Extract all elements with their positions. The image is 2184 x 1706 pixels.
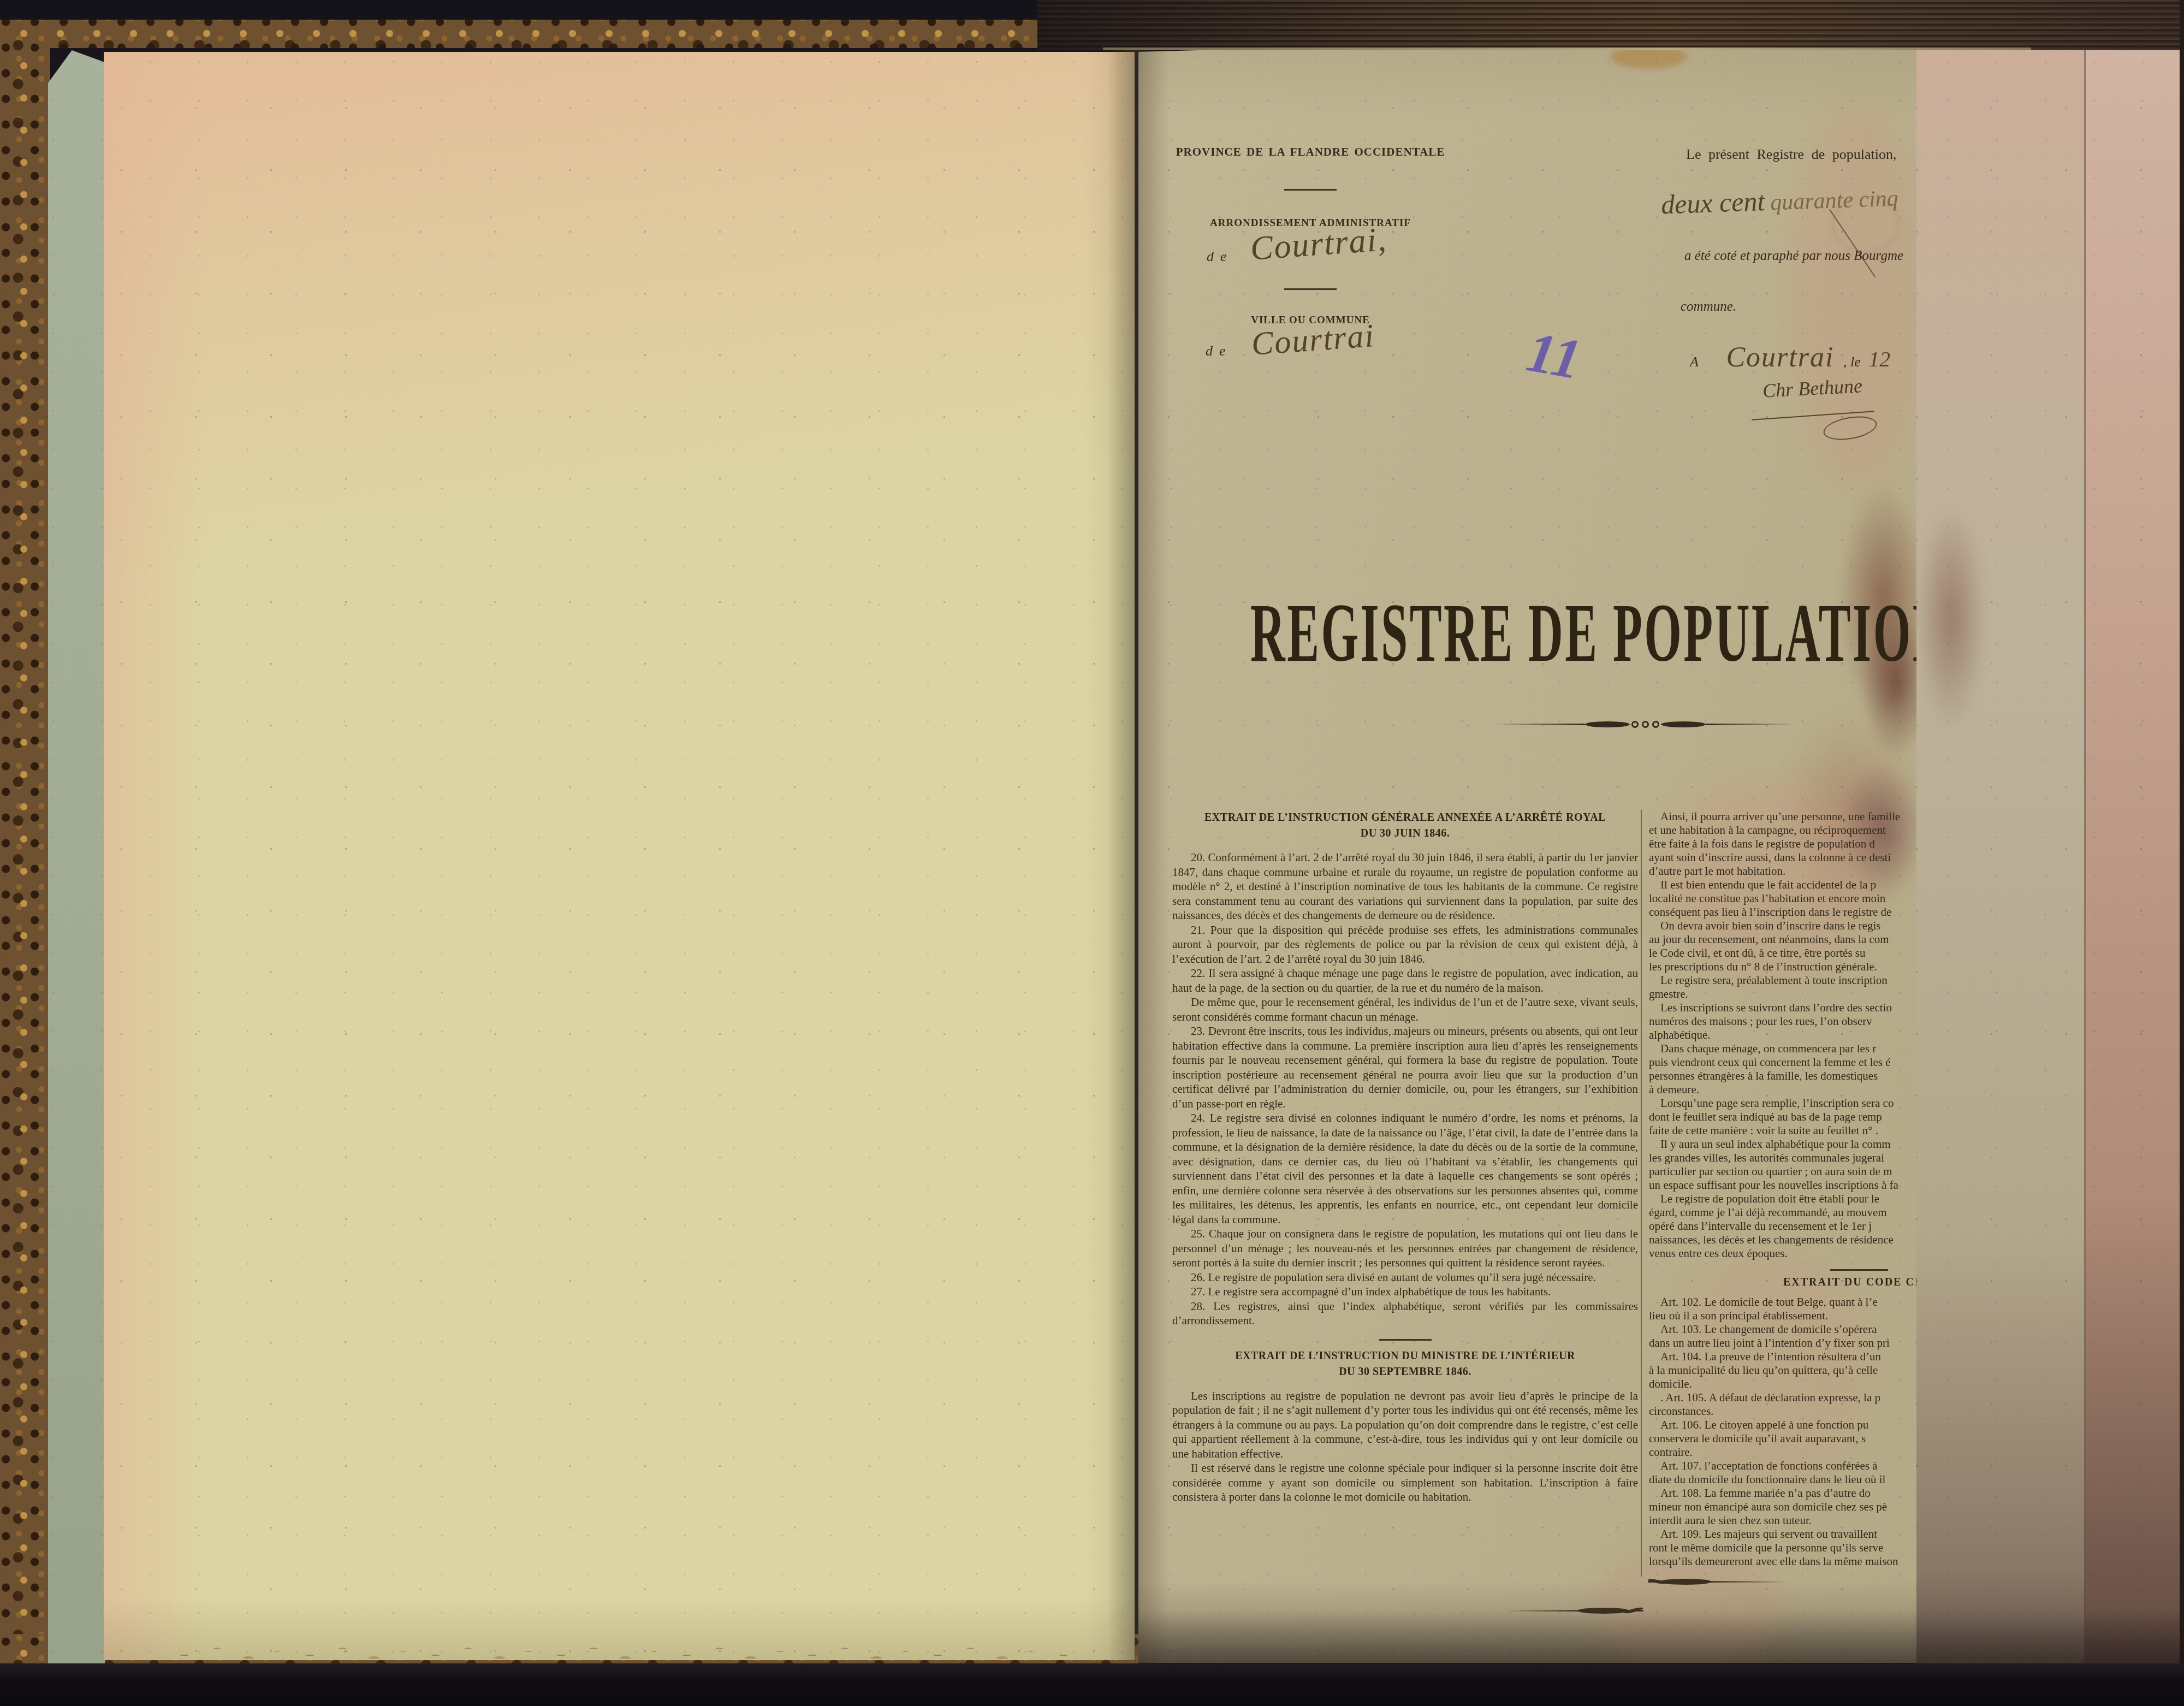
date-label: , le [1843,354,1861,370]
place-handwritten: Courtrai [1726,342,1834,373]
instruction-paragraph: 25. Chaque jour on consignera dans le re… [1172,1227,1638,1270]
instruction-paragraph: 23. Devront être inscrits, tous les indi… [1172,1024,1638,1111]
clipped-text-line: Art. 104. La preuve de l’intention résul… [1649,1350,1916,1364]
date-day-handwritten: 12 [1868,347,1890,371]
page-count-handwritten: deux cent quarante cinq [1660,180,1898,220]
clipped-text-line: à la municipalité du lieu qu’on quittera… [1649,1364,1916,1377]
clipped-text-line: domicile. [1649,1377,1916,1391]
clipped-text-line: gmestre. [1649,987,1916,1001]
clipped-text-line: Art. 102. Le domicile de tout Belge, qua… [1649,1295,1916,1309]
heading-line: DU 30 SEPTEMBRE 1846. [1172,1364,1638,1380]
ornament-ring [1631,721,1639,728]
clipped-text-line: au jour du recensement, ont néanmoins, d… [1649,933,1916,946]
clipped-text-line: égard, comme je l’ai déjà recommandé, au… [1649,1206,1916,1219]
clipped-text-line: On devra avoir bien soin d’inscrire dans… [1649,919,1916,933]
folio-number-handwritten: 11 [1522,319,1586,392]
clipped-text-line: le Code civil, et ont dû, à ce titre, êt… [1649,946,1916,960]
clipped-text-line: mineur non émancipé aura son domicile ch… [1649,1500,1916,1514]
signature-handwritten: Chr Bethune [1762,374,1863,402]
stain-blot [1915,503,1986,733]
clipped-text-line: Il est bien entendu que le fait accident… [1649,878,1916,892]
count-handwriting-dark: deux cent [1660,186,1765,220]
clipped-text-line: alphabétique. [1649,1028,1916,1042]
column-divider-rule [1641,810,1642,1577]
clipped-text-line: ront le même domicile que la personne qu… [1649,1541,1916,1555]
certified-line: a été coté et paraphé par nous Bourgme [1684,248,1903,264]
instruction-paragraph: De même que, pour le recensement général… [1172,995,1638,1024]
clipped-text-line: Art. 108. La femme mariée n’a pas d’autr… [1649,1486,1916,1500]
clipped-text-line: Art. 109. Les majeurs qui servent ou tra… [1649,1527,1916,1541]
code-civil-heading: EXTRAIT DU CODE CI [1783,1276,1916,1289]
clipped-text-line: Art. 103. Le changement de domicile s’op… [1649,1323,1916,1336]
clipped-text-line: lorsqu’ils demeureront avec elle dans la… [1649,1555,1916,1568]
clipped-text-line: Lorsqu’une page sera remplie, l’inscript… [1649,1097,1916,1110]
scan-background-top [0,0,1070,20]
ornament-line [1706,724,1799,725]
clipped-text-line: puis viendront ceux qui concernent la fe… [1649,1056,1916,1069]
under-page-edge-pink [2085,9,2181,1706]
ornament-blob [1585,721,1630,727]
ornament-ring [1642,721,1649,728]
ornament-line [1492,724,1585,725]
clipped-text-line: contraire. [1649,1446,1916,1459]
minister-instruction-heading: EXTRAIT DE L’INSTRUCTION DU MINISTRE DE … [1172,1348,1638,1380]
flourish-ornament-right [1648,1581,1789,1583]
clipped-text-line: les grandes villes, les autorités commun… [1649,1151,1916,1165]
clipped-text-line: venus entre ces deux époques. [1649,1247,1916,1260]
ornament-ring [1652,721,1659,728]
clipped-text-line: personnes étrangères à la famille, les d… [1649,1069,1916,1083]
clipped-text-line: conservera le domicile qu’il avait aupar… [1649,1432,1916,1446]
clipped-text-line: naissances, les décès et les changements… [1649,1233,1916,1247]
clipped-text-line: dans un autre lieu joint à l’intention d… [1649,1336,1916,1350]
clipped-text-line: ayant soin d’inscrire aussi, dans la col… [1649,851,1916,864]
clipped-text-line: Le registre sera, préalablement à toute … [1649,974,1916,987]
clipped-text-line: diate du domicile du fonctionnaire dans … [1649,1473,1916,1486]
instruction-paragraph: 22. Il sera assigné à chaque ménage une … [1172,966,1638,995]
clipped-text-line: circonstances. [1649,1405,1916,1418]
clipped-text-line: faite de cette manière : voir la suite a… [1649,1124,1916,1138]
clipped-text-line: lieu où il a son principal établissement… [1649,1309,1916,1323]
instruction-paragraphs: 20. Conformément à l’art. 2 de l’arrêté … [1172,850,1638,1328]
commune-line: commune. [1681,299,1736,315]
instruction-paragraph: 26. Le registre de population sera divis… [1172,1270,1638,1285]
code-civil-lines: Art. 102. Le domicile de tout Belge, qua… [1649,1295,1916,1568]
marbled-cover-left-edge [0,14,50,1706]
flourish-ornament-left [1504,1610,1643,1612]
clipped-text-line: Art. 107. l’acceptation de fonctions con… [1649,1459,1916,1473]
worn-bottom-edge [169,1639,1070,1666]
clipped-text-line: conséquent pas lieu à l’inscription dans… [1649,905,1916,919]
clipped-text-line: un espace suffisant pour les nouvelles i… [1649,1178,1916,1192]
ornament-blob [1661,721,1706,727]
place-prefix: A [1690,354,1699,370]
instruction-paragraph: Les inscriptions au registre de populati… [1172,1389,1638,1461]
clipped-text-line: numéros des maisons ; pour les rues, l’o… [1649,1015,1916,1028]
heading-line: DU 30 JUIN 1846. [1172,826,1638,842]
minister-paragraphs: Les inscriptions au registre de populati… [1172,1389,1638,1504]
instruction-paragraph: 24. Le registre sera divisé en colonnes … [1172,1111,1638,1227]
instruction-paragraph: 27. Le registre sera accompagné d’un ind… [1172,1284,1638,1299]
clipped-text-line: et une habitation à la campagne, ou réci… [1649,824,1916,837]
book-scan-viewport: PROVINCE DE LA FLANDRE OCCIDENTALE ARRON… [0,0,2184,1706]
clipped-text-line: opéré dans l’intervalle du recensement e… [1649,1219,1916,1233]
divider-rule [1284,189,1337,191]
instruction-column: EXTRAIT DE L’INSTRUCTION GÉNÉRALE ANNEXÉ… [1172,810,1638,1504]
under-page-edge-tan [1915,12,2086,1706]
clipped-column-lines: Ainsi, il pourra arriver qu’une personne… [1649,810,1916,1260]
ornament-divider [1492,714,1798,734]
clipped-text-line: Les inscriptions se suivront dans l’ordr… [1649,1001,1916,1015]
clipped-text-line: à demeure. [1649,1083,1916,1097]
page-crease-line [2084,12,2086,1706]
clipped-text-line: Le registre de population doit être étab… [1649,1192,1916,1206]
clipped-text-line: interdit aura le sien chez son tuteur. [1649,1514,1916,1527]
clipped-text-line: les prescriptions du n° 8 de l’instructi… [1649,960,1916,974]
count-handwriting-light: quarante cinq [1770,186,1899,215]
clipped-text-line: d’autre part le mot habitation. [1649,864,1916,878]
instruction-paragraph: Il est réservé dans le registre une colo… [1172,1461,1638,1504]
clipped-text-line: dont le feuillet sera indiqué au bas de … [1649,1110,1916,1124]
printed-de-prefix: de [1207,248,1228,265]
clipped-text-line: Dans chaque ménage, on commencera par le… [1649,1042,1916,1056]
blank-left-page [104,52,1135,1660]
code-civil-column: Ainsi, il pourra arriver qu’une personne… [1649,810,1916,1568]
instruction-paragraph: 20. Conformément à l’art. 2 de l’arrêté … [1172,850,1638,923]
clipped-text-line: Art. 106. Le citoyen appelé à une foncti… [1649,1418,1916,1432]
scan-background-right [2180,0,2184,1706]
register-title-page: PROVINCE DE LA FLANDRE OCCIDENTALE ARRON… [1138,22,1916,1663]
instruction-paragraph: 28. Les registres, ainsi que l’index alp… [1172,1299,1638,1328]
clipped-text-line: Ainsi, il pourra arriver qu’une personne… [1649,810,1916,824]
heading-line: EXTRAIT DE L’INSTRUCTION DU MINISTRE DE … [1172,1348,1638,1364]
book-fore-edge-pages [1037,0,2184,50]
province-heading: PROVINCE DE LA FLANDRE OCCIDENTALE [1147,145,1474,159]
instruction-paragraph: 21. Pour que la disposition qui précède … [1172,923,1638,967]
register-intro-line: Le présent Registre de population, [1686,146,1896,163]
signature-paraph-flourish [1752,405,1894,440]
clipped-text-line: particulier par section ou quartier ; on… [1649,1165,1916,1178]
clipped-text-line: Il y aura un seul index alphabétique pou… [1649,1138,1916,1151]
divider-rule [1379,1339,1432,1341]
place-date-line: A Courtrai , le 12 [1690,341,1890,374]
green-flyleaf-edge [48,50,105,1685]
clipped-text-line: localité ne constitue pas l’habitation e… [1649,892,1916,905]
clipped-text-line: . Art. 105. A défaut de déclaration expr… [1649,1391,1916,1405]
divider-rule [1284,288,1337,290]
heading-line: EXTRAIT DE L’INSTRUCTION GÉNÉRALE ANNEXÉ… [1172,810,1638,826]
instruction-heading: EXTRAIT DE L’INSTRUCTION GÉNÉRALE ANNEXÉ… [1172,810,1638,842]
scan-background-bottom [0,1663,2184,1706]
divider-rule [1830,1269,1888,1271]
page-title: REGISTRE DE POPULATION [1250,585,1916,680]
page-shading [104,52,1135,1660]
clipped-text-line: être faite à la fois dans le registre de… [1649,837,1916,851]
